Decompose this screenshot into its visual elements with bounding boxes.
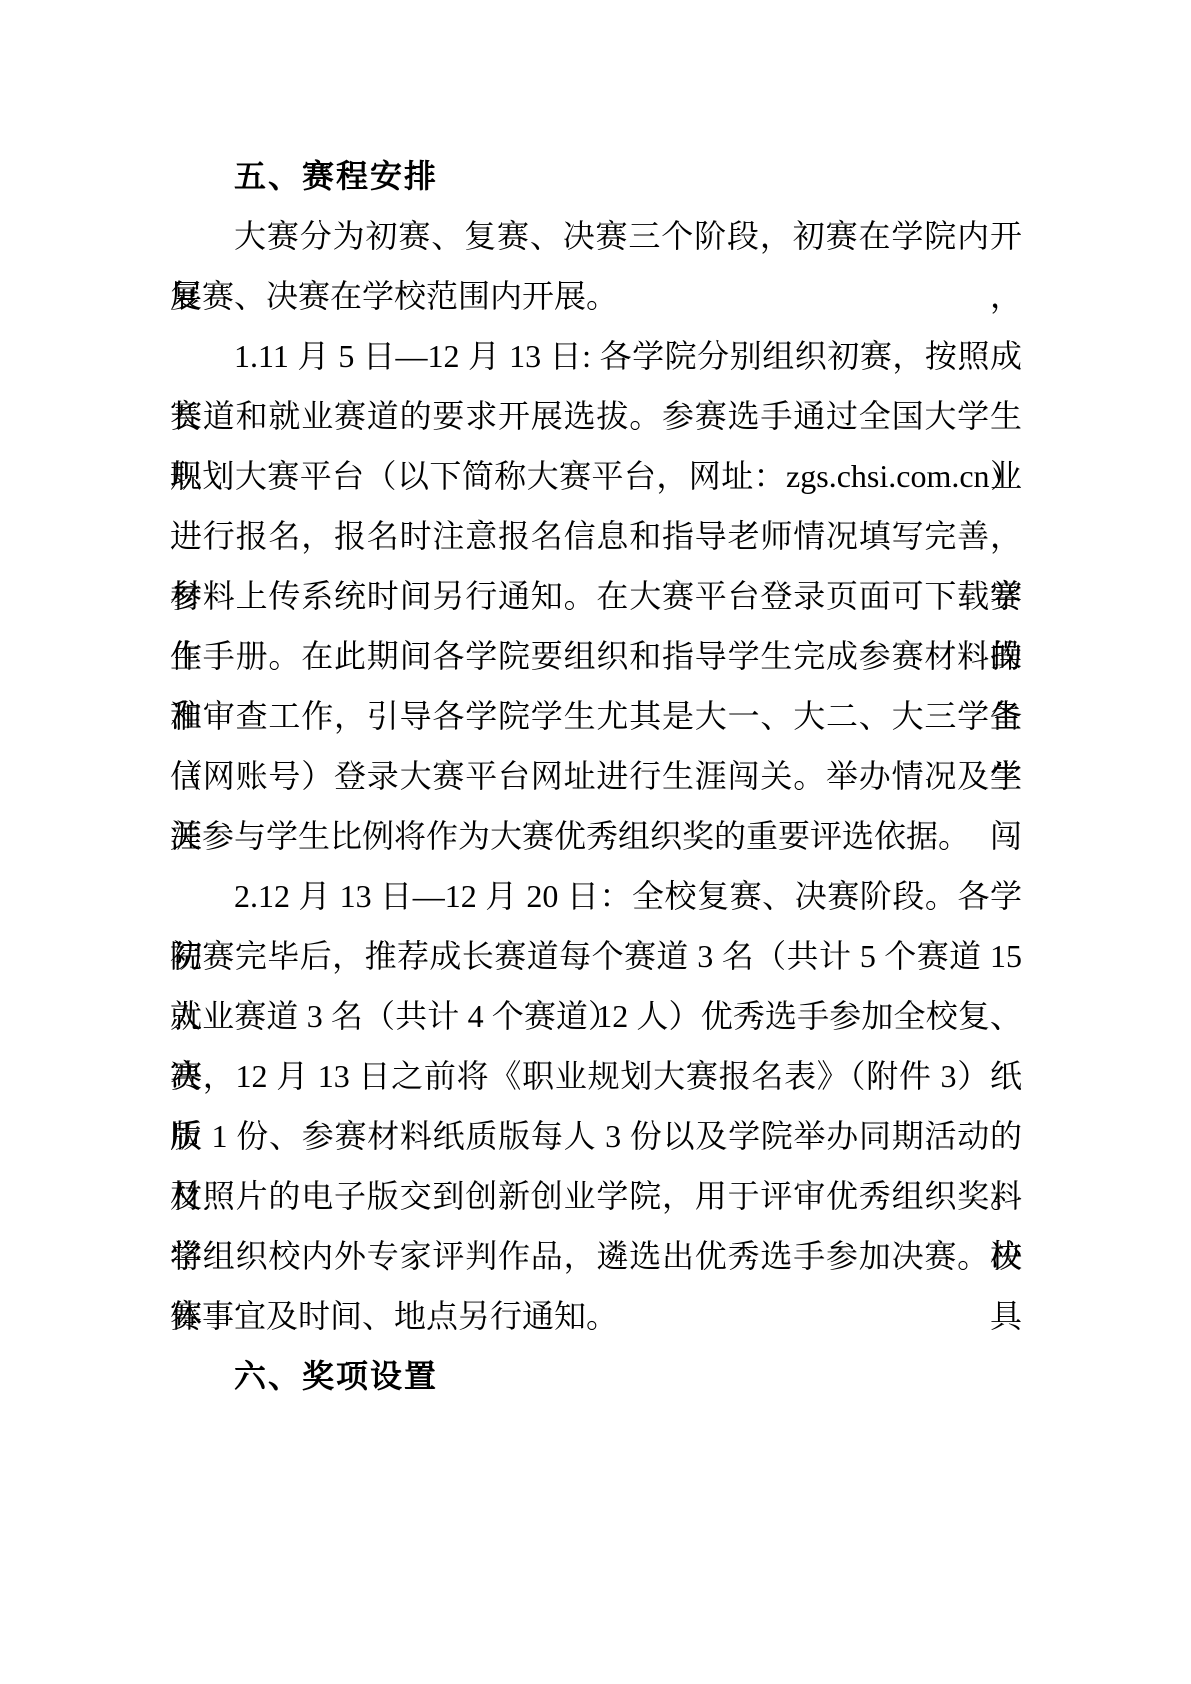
para3-line: 版 1 份、参赛材料纸质版每人 3 份以及学院举办同期活动的材料 xyxy=(170,1106,1022,1166)
para2-line: 和审查工作，引导各学院学生尤其是大一、大二、大三学生（学 xyxy=(170,686,1022,746)
para3-line: 2.12 月 13 日—12 月 20 日：全校复赛、决赛阶段。各学院 xyxy=(170,866,1022,926)
section-6-heading: 六、奖项设置 xyxy=(170,1346,1022,1406)
para2-line: 材料上传系统时间另行通知。在大赛平台登录页面可下载学生操 xyxy=(170,566,1022,626)
para3-line: 及照片的电子版交到创新创业学院，用于评审优秀组织奖。学校 xyxy=(170,1166,1022,1226)
para1-line: 大赛分为初赛、复赛、决赛三个阶段，初赛在学院内开展， xyxy=(170,206,1022,266)
document-body: 五、赛程安排 大赛分为初赛、复赛、决赛三个阶段，初赛在学院内开展， 复赛、决赛在… xyxy=(170,146,1022,1406)
para2-line: 信网账号）登录大赛平台网址进行生涯闯关。举办情况及生涯闯 xyxy=(170,746,1022,806)
para3-line: 就业赛道 3 名（共计 4 个赛道 12 人）优秀选手参加全校复、决 xyxy=(170,986,1022,1046)
para3-line: 赛，12 月 13 日之前将《职业规划大赛报名表》（附件 3）纸质 xyxy=(170,1046,1022,1106)
para2-line: 规划大赛平台（以下简称大赛平台，网址：zgs.chsi.com.cn） xyxy=(170,446,1022,506)
section-5-heading: 五、赛程安排 xyxy=(170,146,1022,206)
para2-line: 赛道和就业赛道的要求开展选拔。参赛选手通过全国大学生职业 xyxy=(170,386,1022,446)
para3-line: 将组织校内外专家评判作品，遴选出优秀选手参加决赛。决赛具 xyxy=(170,1226,1022,1286)
para2-line: 1.11 月 5 日—12 月 13 日: 各学院分别组织初赛，按照成长 xyxy=(170,326,1022,386)
para2-line: 进行报名，报名时注意报名信息和指导老师情况填写完善，参赛 xyxy=(170,506,1022,566)
para2-line: 关参与学生比例将作为大赛优秀组织奖的重要评选依据。 xyxy=(170,806,1022,866)
para3-line: 初赛完毕后，推荐成长赛道每个赛道 3 名（共计 5 个赛道 15 人）、 xyxy=(170,926,1022,986)
document-page: 五、赛程安排 大赛分为初赛、复赛、决赛三个阶段，初赛在学院内开展， 复赛、决赛在… xyxy=(0,0,1191,1684)
para2-line: 作手册。在此期间各学院要组织和指导学生完成参赛材料的准备 xyxy=(170,626,1022,686)
